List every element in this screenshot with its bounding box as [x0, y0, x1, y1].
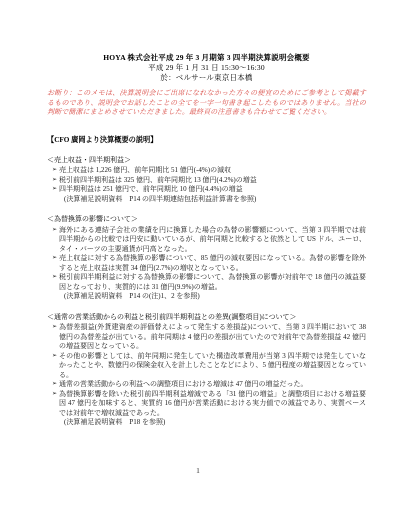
bullet-arrow-icon: ➢: [47, 273, 59, 283]
bullet-arrow-icon: ➢: [47, 390, 59, 400]
bullet-item: ➢税引前四半期利益に対する為替換算の影響について、為替換算の影響が対前年で 18…: [47, 273, 366, 292]
bullet-text: 海外にある連結子会社の業績を円に換算した場合の為替の影響額について、当第 3 四…: [59, 226, 366, 255]
bullet-item: ➢売上収益は 1,226 億円、前年同期比 51 億円(-4%)の減収: [47, 166, 366, 176]
bullet-text: 売上収益は 1,226 億円、前年同期比 51 億円(-4%)の減収: [59, 166, 366, 176]
reference-note: (決算補足説明資料 P14 の四半期連結包括利益計算書を参照): [47, 195, 366, 205]
section-0: ＜売上収益・四半期利益＞➢売上収益は 1,226 億円、前年同期比 51 億円(…: [47, 156, 366, 205]
meeting-venue: 於：ベルサール東京日本橋: [47, 73, 366, 83]
bullet-item: ➢海外にある連結子会社の業績を円に換算した場合の為替の影響額について、当第 3 …: [47, 226, 366, 255]
bullet-item: ➢為替換算影響を除いた税引前四半期利益増減である「31 億円の増益」と調整項目に…: [47, 390, 366, 419]
section-1: ＜為替換算の影響について＞➢海外にある連結子会社の業績を円に換算した場合の為替の…: [47, 215, 366, 302]
bullet-text: その他の影響としては、前年同期に発生していた構造改革費用が当第 3 四半期では発…: [59, 352, 366, 381]
page-number: 1: [0, 466, 396, 475]
bullet-arrow-icon: ➢: [47, 226, 59, 236]
bullet-text: 為替換算影響を除いた税引前四半期利益増減である「31 億円の増益」と調整項目にお…: [59, 390, 366, 419]
bullet-item: ➢通常の営業活動からの利益への調整項目における増減は 47 億円の増益だった。: [47, 380, 366, 390]
bullet-text: 為替差損益(外貨建資産の評価替えによって発生する差損益)について、当第 3 四半…: [59, 323, 366, 352]
cfo-section-header: 【CFO 廣岡より決算概要の説明】: [47, 135, 366, 145]
bullet-item: ➢税引前四半期利益は 325 億円、前年同期比 13 億円(4.2%)の増益: [47, 176, 366, 186]
document-page: HOYA 株式会社平成 29 年 3 月期第 3 四半期決算説明会概要 平成 2…: [0, 0, 396, 512]
bullet-item: ➢為替差損益(外貨建資産の評価替えによって発生する差損益)について、当第 3 四…: [47, 323, 366, 352]
disclaimer-note: お断り：このメモは、決算説明会にご出席になれなかった方々の便宜のためにご参考とし…: [47, 89, 366, 118]
section-heading: ＜為替換算の影響について＞: [47, 215, 366, 225]
reference-note: (決算補足説明資料 P18 を参照): [47, 418, 366, 428]
bullet-arrow-icon: ➢: [47, 323, 59, 333]
bullet-arrow-icon: ➢: [47, 352, 59, 362]
section-heading: ＜売上収益・四半期利益＞: [47, 156, 366, 166]
meeting-datetime: 平成 29 年 1 月 31 日 15:30～16:30: [47, 63, 366, 73]
bullet-arrow-icon: ➢: [47, 254, 59, 264]
document-title-block: HOYA 株式会社平成 29 年 3 月期第 3 四半期決算説明会概要 平成 2…: [47, 53, 366, 83]
section-heading: ＜通常の営業活動からの利益と税引前四半期利益との差異(調整項目)について＞: [47, 313, 366, 323]
bullet-text: 税引前四半期利益は 325 億円、前年同期比 13 億円(4.2%)の増益: [59, 176, 366, 186]
section-2: ＜通常の営業活動からの利益と税引前四半期利益との差異(調整項目)について＞➢為替…: [47, 313, 366, 428]
bullet-text: 四半期利益は 251 億円で、前年同期比 10 億円(4.4%)の増益: [59, 185, 366, 195]
bullet-arrow-icon: ➢: [47, 166, 59, 176]
bullet-arrow-icon: ➢: [47, 185, 59, 195]
bullet-text: 税引前四半期利益に対する為替換算の影響について、為替換算の影響が対前年で 18 …: [59, 273, 366, 292]
bullet-item: ➢その他の影響としては、前年同期に発生していた構造改革費用が当第 3 四半期では…: [47, 352, 366, 381]
bullet-text: 通常の営業活動からの利益への調整項目における増減は 47 億円の増益だった。: [59, 380, 366, 390]
bullet-text: 売上収益に対する為替換算の影響について、85 億円の減収要因になっている。為替の…: [59, 254, 366, 273]
reference-note: (決算補足説明資料 P14 の(注)1、2 を参照): [47, 292, 366, 302]
bullet-item: ➢売上収益に対する為替換算の影響について、85 億円の減収要因になっている。為替…: [47, 254, 366, 273]
sections: ＜売上収益・四半期利益＞➢売上収益は 1,226 億円、前年同期比 51 億円(…: [47, 156, 366, 428]
document-title: HOYA 株式会社平成 29 年 3 月期第 3 四半期決算説明会概要: [47, 53, 366, 63]
bullet-arrow-icon: ➢: [47, 176, 59, 186]
bullet-arrow-icon: ➢: [47, 380, 59, 390]
bullet-item: ➢四半期利益は 251 億円で、前年同期比 10 億円(4.4%)の増益: [47, 185, 366, 195]
